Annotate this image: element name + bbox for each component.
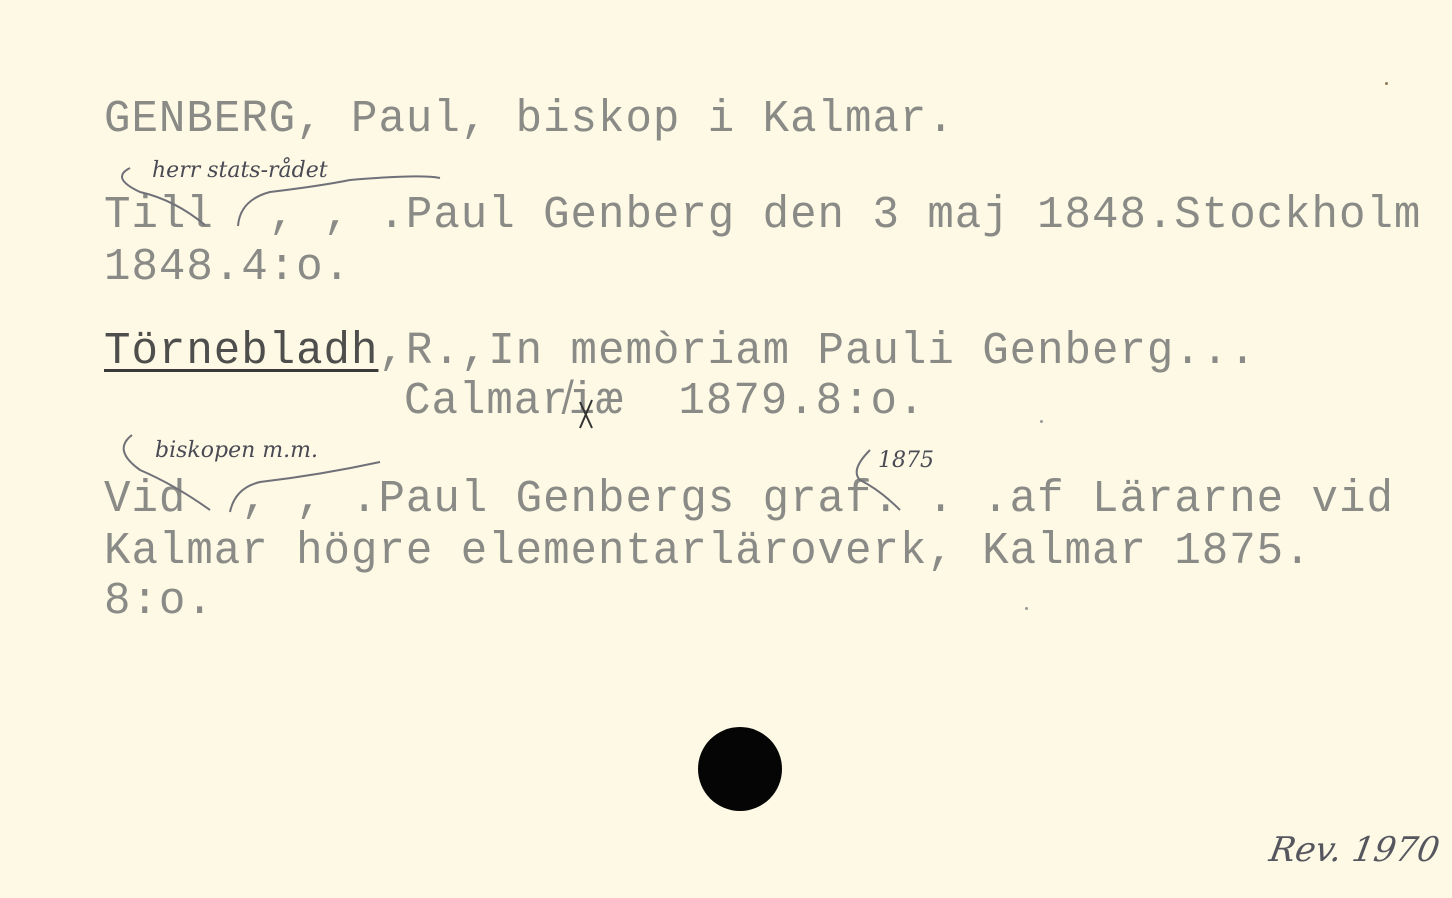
paper-speck <box>1025 607 1028 610</box>
punch-hole <box>698 727 782 811</box>
paper-speck <box>1385 82 1388 85</box>
paper-speck <box>1040 420 1043 423</box>
catalog-card: GENBERG, Paul, biskop i Kalmar. herr sta… <box>0 0 1452 898</box>
revision-signature: Rev. 1970 <box>1266 830 1442 870</box>
